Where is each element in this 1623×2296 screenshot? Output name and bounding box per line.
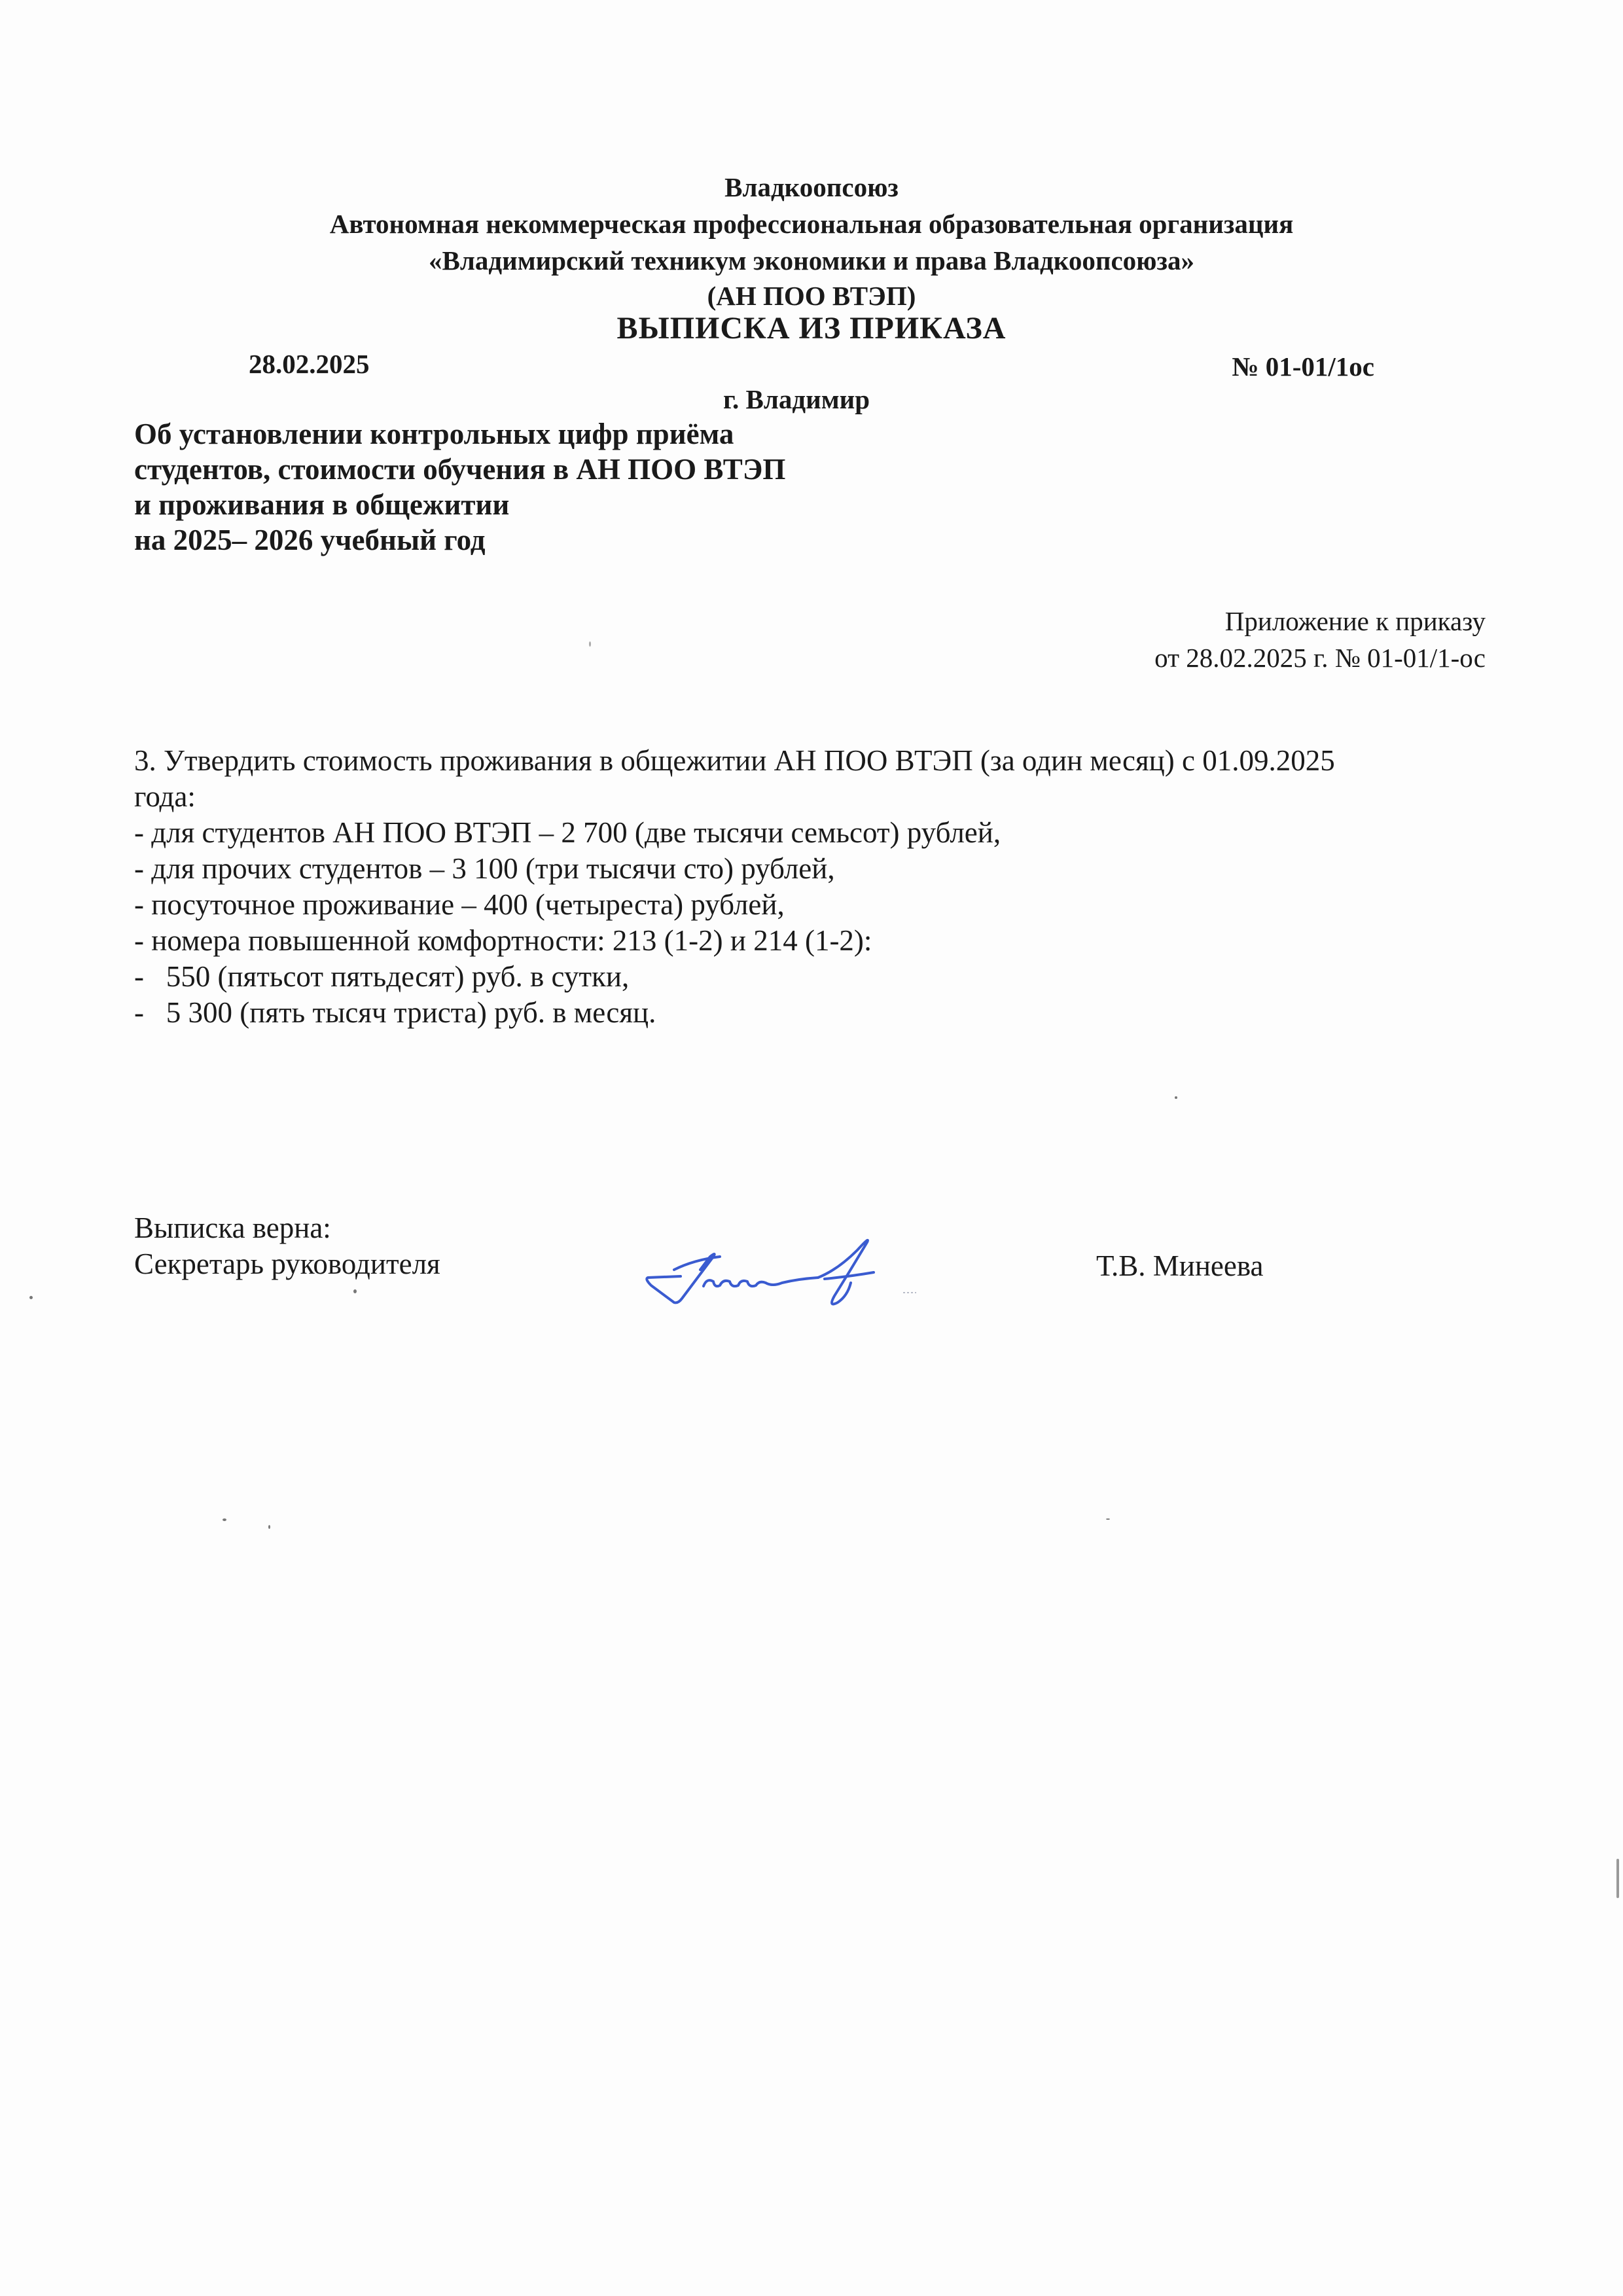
order-subject: Об установлении контрольных цифр приёма … <box>134 416 785 558</box>
organization-abbreviation: (АН ПОО ВТЭП) <box>0 280 1623 312</box>
price-item: - номера повышенной комфортности: 213 (1… <box>134 923 1335 959</box>
scan-speck <box>1175 1096 1177 1099</box>
body-paragraph: 3. Утвердить стоимость проживания в обще… <box>134 743 1335 779</box>
scan-edge-mark <box>1616 1859 1619 1898</box>
organization-type: Автономная некоммерческая профессиональн… <box>0 208 1623 240</box>
scan-speck <box>353 1289 357 1293</box>
city: г. Владимир <box>723 384 870 415</box>
body-paragraph: года: <box>134 779 1335 815</box>
order-date: 28.02.2025 <box>249 348 370 380</box>
price-subitem: - 550 (пятьсот пятьдесят) руб. в сутки, <box>134 959 1335 995</box>
subject-line: на 2025– 2026 учебный год <box>134 522 785 558</box>
order-number: № 01-01/1ос <box>1232 351 1374 382</box>
scan-speck <box>589 641 591 647</box>
signer-position: Секретарь руководителя <box>134 1247 440 1281</box>
signer-name: Т.В. Минеева <box>1096 1249 1264 1283</box>
price-subitem: - 5 300 (пять тысяч триста) руб. в месяц… <box>134 995 1335 1031</box>
scan-speck <box>223 1518 226 1521</box>
subject-line: студентов, стоимости обучения в АН ПОО В… <box>134 452 785 487</box>
organization-name: «Владимирский техникум экономики и права… <box>0 245 1623 276</box>
price-item: - для прочих студентов – 3 100 (три тыся… <box>134 851 1335 887</box>
verified-label: Выписка верна: <box>134 1211 331 1245</box>
annex-reference: Приложение к приказу от 28.02.2025 г. № … <box>1154 605 1486 673</box>
subject-line: Об установлении контрольных цифр приёма <box>134 416 785 452</box>
price-item: - посуточное проживание – 400 (четыреста… <box>134 887 1335 923</box>
annex-line: от 28.02.2025 г. № 01-01/1-ос <box>1154 642 1486 673</box>
scan-speck <box>268 1525 270 1529</box>
handwritten-signature <box>641 1230 916 1309</box>
union-name: Владкоопсоюз <box>0 171 1623 203</box>
document-title: ВЫПИСКА ИЗ ПРИКАЗА <box>0 310 1623 346</box>
document-page: Владкоопсоюз Автономная некоммерческая п… <box>0 0 1623 2296</box>
order-body: 3. Утвердить стоимость проживания в обще… <box>134 743 1335 1031</box>
subject-line: и проживания в общежитии <box>134 487 785 522</box>
scan-speck <box>1106 1518 1110 1520</box>
scan-speck <box>29 1296 33 1299</box>
price-item: - для студентов АН ПОО ВТЭП – 2 700 (две… <box>134 815 1335 851</box>
annex-line: Приложение к приказу <box>1154 605 1486 637</box>
